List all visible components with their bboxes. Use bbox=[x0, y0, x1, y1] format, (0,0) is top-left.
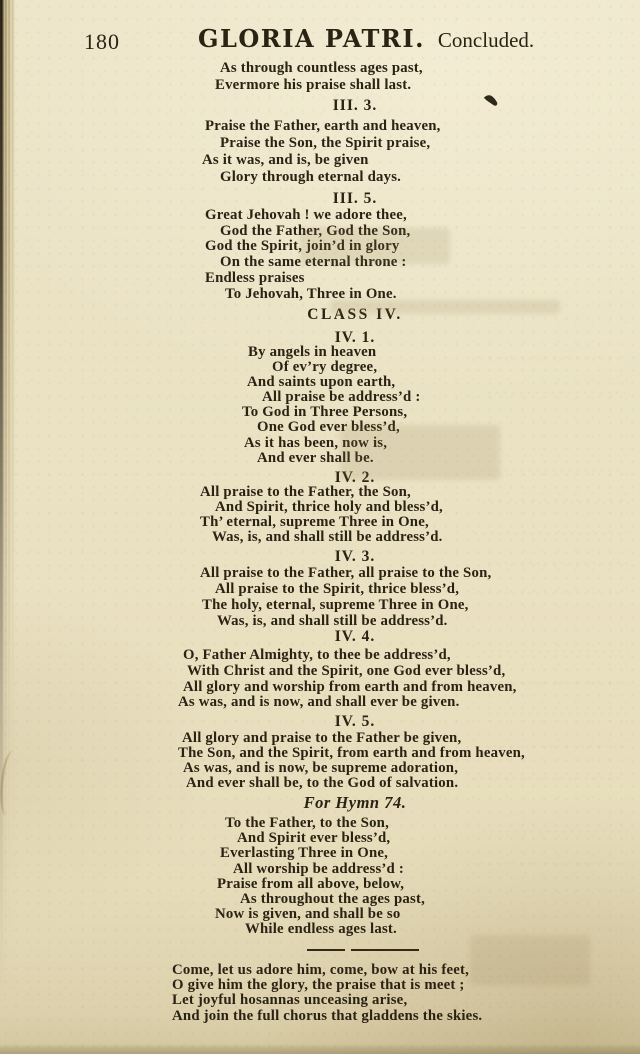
verse-line: And saints upon earth, bbox=[247, 375, 420, 390]
book-binding-edge bbox=[0, 0, 15, 1054]
stanza: All glory and praise to the Father be gi… bbox=[178, 731, 525, 791]
section-heading: IV. 4. bbox=[75, 629, 635, 645]
verse-line: All glory and worship from earth and fro… bbox=[183, 680, 517, 696]
stanza: Praise the Father, earth and heaven,Prai… bbox=[202, 118, 441, 186]
stanza: O, Father Almighty, to thee be address’d… bbox=[178, 648, 517, 711]
verse-line: Th’ eternal, supreme Three in One, bbox=[200, 515, 443, 530]
showthrough-dotted-line bbox=[462, 1002, 620, 1005]
verse-line: One God ever bless’d, bbox=[257, 420, 420, 435]
verse-line: Was, is, and shall still be address’d. bbox=[217, 613, 491, 629]
verse-line: All praise be address’d : bbox=[262, 390, 420, 405]
verse-line: And join the full chorus that gladdens t… bbox=[172, 1009, 482, 1024]
verse-line: And Spirit ever bless’d, bbox=[237, 831, 425, 846]
section-heading: For Hymn 74. bbox=[75, 795, 635, 812]
verse-line: As it was, and is, be given bbox=[202, 152, 441, 169]
verse-line: And Spirit, thrice holy and bless’d, bbox=[215, 500, 443, 515]
verse-line: All worship be address’d : bbox=[233, 862, 425, 877]
verse-line: Glory through eternal days. bbox=[220, 169, 441, 186]
page-header: GLORIA PATRI.Concluded. bbox=[198, 24, 534, 53]
verse-line: All glory and praise to the Father be gi… bbox=[182, 731, 525, 746]
section-divider bbox=[307, 949, 419, 951]
verse-line: As throughout the ages past, bbox=[240, 892, 425, 907]
verse-line: God the Spirit, join’d in glory bbox=[205, 239, 410, 255]
stanza: All praise to the Father, the Son,And Sp… bbox=[200, 485, 443, 545]
section-heading: III. 5. bbox=[75, 191, 635, 207]
section-heading: CLASS IV. bbox=[75, 307, 635, 323]
verse-line: God the Father, God the Son, bbox=[220, 224, 410, 240]
verse-line: Let joyful hosannas unceasing arise, bbox=[172, 993, 482, 1008]
stanza: As through countless ages past,Evermore … bbox=[215, 60, 423, 94]
verse-line: As was, and is now, and shall ever be gi… bbox=[178, 695, 517, 711]
verse-line: All praise to the Father, the Son, bbox=[200, 485, 443, 500]
verse-line: O, Father Almighty, to thee be address’d… bbox=[183, 648, 517, 664]
verse-line: Come, let us adore him, come, bow at his… bbox=[172, 963, 482, 978]
verse-line: Praise the Father, earth and heaven, bbox=[205, 118, 441, 135]
page-number: 180 bbox=[84, 29, 120, 55]
verse-line: The Son, and the Spirit, from earth and … bbox=[178, 746, 525, 761]
page-title: GLORIA PATRI. bbox=[198, 24, 425, 53]
verse-line: The holy, eternal, supreme Three in One, bbox=[202, 597, 491, 613]
section-heading: III. 3. bbox=[75, 98, 635, 114]
stanza: Great Jehovah ! we adore thee,God the Fa… bbox=[205, 208, 410, 302]
showthrough-dotted-line bbox=[485, 391, 625, 394]
verse-line: All praise to the Father, all praise to … bbox=[200, 565, 491, 581]
stanza: To the Father, to the Son,And Spirit eve… bbox=[215, 816, 425, 938]
verse-line: All praise to the Spirit, thrice bless’d… bbox=[215, 581, 491, 597]
showthrough-dotted-line bbox=[472, 532, 625, 535]
showthrough-dotted-line bbox=[470, 862, 622, 865]
verse-line: Praise the Son, the Spirit praise, bbox=[220, 135, 441, 152]
showthrough-dotted-line bbox=[470, 592, 620, 595]
stanza: All praise to the Father, all praise to … bbox=[200, 565, 491, 629]
verse-line: Endless praises bbox=[205, 271, 410, 287]
verse-line: To the Father, to the Son, bbox=[225, 816, 425, 831]
page-subtitle: Concluded. bbox=[438, 28, 534, 53]
section-heading: IV. 3. bbox=[75, 549, 635, 565]
verse-line: O give him the glory, the praise that is… bbox=[172, 978, 482, 993]
verse-line: By angels in heaven bbox=[248, 345, 420, 360]
verse-line: Evermore his praise shall last. bbox=[215, 77, 423, 94]
showthrough-dotted-line bbox=[470, 357, 620, 360]
verse-line: On the same eternal throne : bbox=[220, 255, 410, 271]
page-bottom-edge bbox=[0, 1044, 640, 1054]
verse-line: While endless ages last. bbox=[245, 922, 425, 937]
verse-line: Great Jehovah ! we adore thee, bbox=[205, 208, 410, 224]
divider-segment bbox=[351, 949, 419, 951]
verse-line: As was, and is now, be supreme adoration… bbox=[183, 761, 525, 776]
verse-line: And ever shall be. bbox=[257, 451, 420, 466]
verse-line: Was, is, and shall still be address’d. bbox=[212, 530, 443, 545]
section-heading: IV. 5. bbox=[75, 714, 635, 730]
showthrough-text-blob bbox=[470, 935, 590, 985]
book-page-scan: 180 GLORIA PATRI.Concluded. As through c… bbox=[0, 0, 640, 1054]
verse-line: Now is given, and shall be so bbox=[215, 907, 425, 922]
verse-line: To God in Three Persons, bbox=[242, 405, 420, 420]
verse-line: Of ev’ry degree, bbox=[272, 360, 420, 375]
verse-line: And ever shall be, to the God of salvati… bbox=[186, 776, 525, 791]
showthrough-dotted-line bbox=[480, 830, 628, 833]
verse-line: As it has been, now is, bbox=[244, 436, 420, 451]
verse-line: With Christ and the Spirit, one God ever… bbox=[187, 664, 517, 680]
verse-line: Everlasting Three in One, bbox=[220, 846, 425, 861]
verse-line: To Jehovah, Three in One. bbox=[225, 287, 410, 303]
stanza: By angels in heavenOf ev’ry degree,And s… bbox=[242, 345, 420, 466]
divider-segment bbox=[307, 949, 345, 951]
showthrough-dotted-line bbox=[480, 501, 630, 504]
stanza: Come, let us adore him, come, bow at his… bbox=[172, 963, 482, 1024]
verse-line: Praise from all above, below, bbox=[217, 877, 425, 892]
verse-line: As through countless ages past, bbox=[220, 60, 423, 77]
